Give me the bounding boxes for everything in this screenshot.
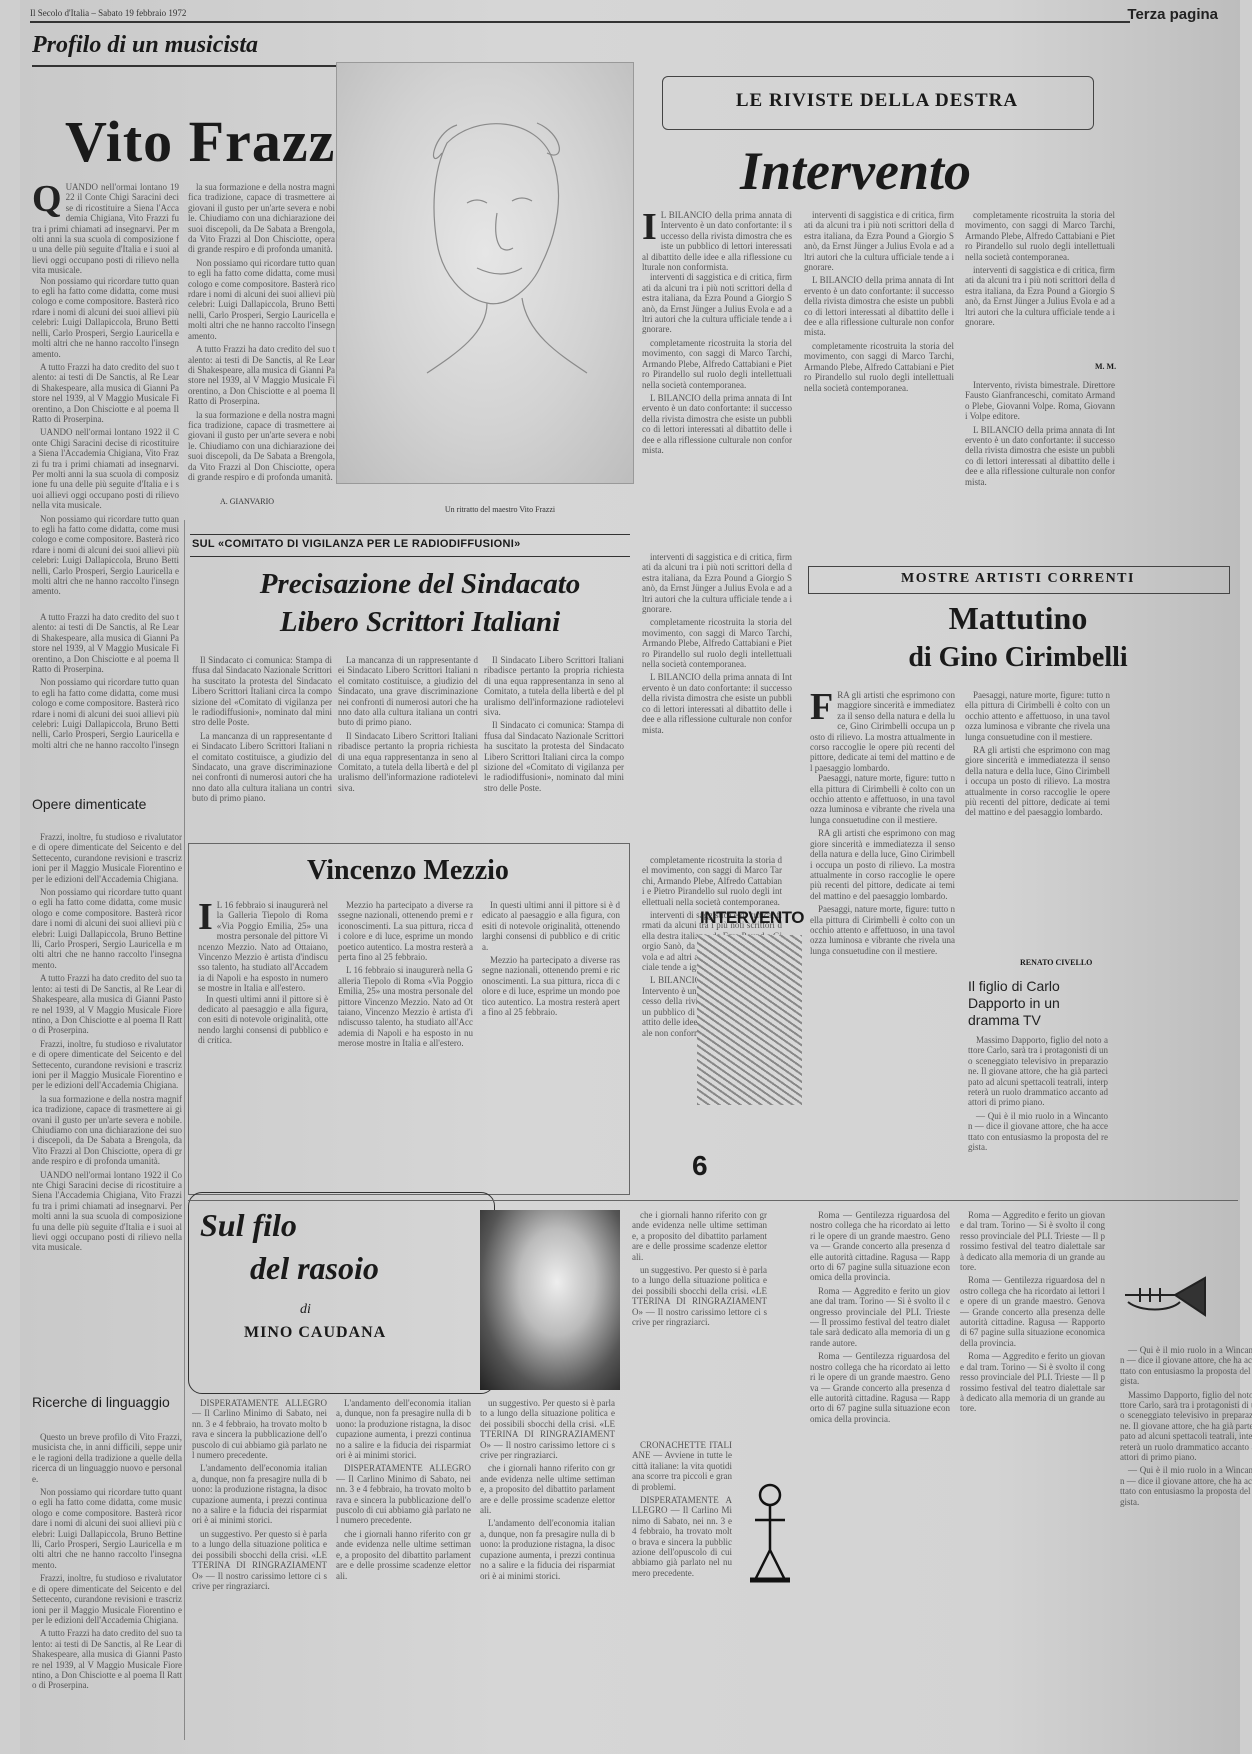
frazzi-col-ricerche: Questo un breve profilo di Vito Frazzi, … <box>32 1432 182 1742</box>
subhead-opere-dimenticate: Opere dimenticate <box>32 796 182 813</box>
sindacato-col3: Il Sindacato Libero Scrittori Italiani r… <box>484 655 624 820</box>
rasoio-col4: che i giornali hanno riferito con grande… <box>632 1210 767 1420</box>
section-title: Terza pagina <box>1127 6 1218 23</box>
intervento-col2: interventi di saggistica e di critica, f… <box>804 210 954 545</box>
intervento-title: Intervento <box>740 140 971 202</box>
rasoio-col1: DISPERATAMENTE ALLEGRO — Il Carlino Mini… <box>192 1398 327 1743</box>
mezzio-col3: In questi ultimi anni il pittore si è de… <box>482 900 620 1185</box>
mezzio-col2: Mezzio ha partecipato a diverse rassegne… <box>338 900 473 1185</box>
rasoio-col2: L'andamento dell'economia italiana, dunq… <box>336 1398 471 1743</box>
trumpet-illustration <box>1120 1270 1215 1325</box>
cover-label: INTERVENTO <box>700 908 804 928</box>
rasoio-title-1: Sul filo <box>200 1207 297 1244</box>
intervento-kicker: LE RIVISTE DELLA DESTRA <box>662 90 1092 112</box>
cartoon-illustration <box>740 1480 800 1590</box>
sindacato-col1: Il Sindacato ci comunica: Stampa diffusa… <box>192 655 332 820</box>
sindacato-rule-top <box>190 534 630 535</box>
mattutino-kicker: MOSTRE ARTISTI CORRENTI <box>808 571 1228 587</box>
frazzi-byline: A. GIANVARIO <box>220 497 274 506</box>
sindacato-title: Precisazione del Sindacato Libero Scritt… <box>200 565 640 641</box>
rasoio-col6: Roma — Aggredito e ferito un giovane dal… <box>960 1210 1105 1745</box>
cover-caption <box>700 1110 800 1185</box>
rasoio-col3: un suggestivo. Per questo si è parlato a… <box>480 1398 615 1743</box>
intervento-col1b: interventi di saggistica e di critica, f… <box>642 552 792 852</box>
newspaper-page: Il Secolo d'Italia – Sabato 19 febbraio … <box>20 0 1240 1754</box>
frazzi-col2: la sua formazione e della nostra magnifi… <box>188 182 335 494</box>
rasoio-top-rule <box>188 1200 1238 1201</box>
frazzi-title: Vito Frazzi <box>65 112 352 172</box>
mattutino-title: Mattutino <box>808 600 1228 637</box>
rasoio-col5: Roma — Gentilezza riguardosa del nostro … <box>810 1210 950 1745</box>
rasoio-author: MINO CAUDANA <box>244 1324 386 1342</box>
sindacato-rule-bottom <box>190 556 630 557</box>
subhead-ricerche-di-linguaggio: Ricerche di linguaggio <box>32 1394 182 1411</box>
intervento-col1: I L BILANCIO della prima annata di Inter… <box>642 210 792 550</box>
portrait-caption: Un ritratto del maestro Vito Frazzi <box>400 505 600 514</box>
dapporto-col2: — Qui è il mio ruolo in a Wincanton — di… <box>1120 1345 1252 1745</box>
drop-cap: Q <box>32 182 62 216</box>
magazine-cover-image <box>697 935 802 1105</box>
cover-number: 6 <box>692 1150 708 1182</box>
trumpet-icon <box>1120 1270 1215 1325</box>
rasoio-title-2: del rasoio <box>250 1250 379 1287</box>
rasoio-col4b: CRONACHETTE ITALIANE — Avviene in tutte … <box>632 1440 732 1745</box>
mattutino-col2: Paesaggi, nature morte, figure: tutto ne… <box>965 690 1110 955</box>
mattutino-subtitle: di Gino Cirimbelli <box>808 642 1228 674</box>
dapporto-title: Il figlio di Carlo Dapporto in un dramma… <box>968 978 1108 1029</box>
frazzi-col1: Q UANDO nell'ormai lontano 1922 il Conte… <box>32 182 179 612</box>
frazzi-col-opere: Frazzi, inoltre, fu studioso e rivalutat… <box>32 832 182 1372</box>
rasoio-by: di <box>300 1302 311 1318</box>
portrait-sketch-icon <box>337 63 633 483</box>
sindacato-kicker: SUL «COMITATO DI VIGILANZA PER LE RADIOD… <box>192 538 521 550</box>
sindacato-col2: La mancanza di un rappresentante dei Sin… <box>338 655 478 820</box>
juggler-cartoon-icon <box>740 1480 800 1590</box>
kicker-rule <box>32 65 342 67</box>
author-photo <box>480 1210 620 1390</box>
intervento-signature: M. M. <box>1095 362 1116 371</box>
mezzio-col1: I L 16 febbraio si inaugurerà nella Gall… <box>198 900 328 1185</box>
mattutino-col1: F RA gli artisti che esprimono con maggi… <box>810 690 955 1185</box>
frazzi-col1b: A tutto Frazzi ha dato credito del suo t… <box>32 612 179 752</box>
mezzio-title: Vincenzo Mezzio <box>188 855 628 887</box>
column-divider <box>184 520 185 1740</box>
intervento-col3: completamente ricostruita la storia del … <box>965 210 1115 355</box>
intervento-col3b: Intervento, rivista bimestrale. Direttor… <box>965 380 1115 540</box>
frazzi-kicker: Profilo di un musicista <box>32 32 258 59</box>
mattutino-byline: RENATO CIVELLO <box>1020 958 1092 967</box>
masthead-rule <box>30 21 1130 23</box>
masthead-date: Il Secolo d'Italia – Sabato 19 febbraio … <box>30 8 186 18</box>
portrait-sketch <box>336 62 634 484</box>
